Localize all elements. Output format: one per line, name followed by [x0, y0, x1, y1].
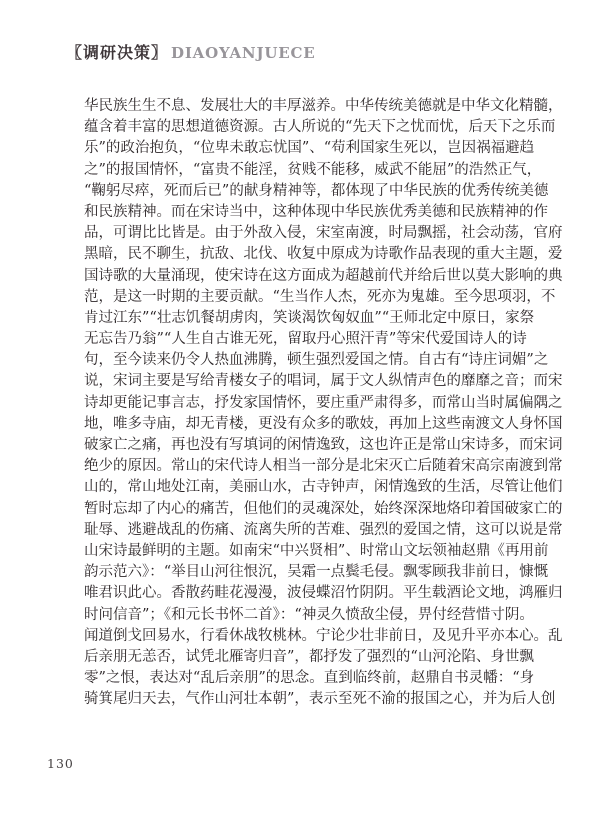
text-line: 之”的报国情怀，“富贵不能淫，贫贱不能移，威武不能屈”的浩然正气，	[84, 160, 520, 181]
text-line: 暂时忘却了内心的痛苦，但他们的灵魂深处，始终深深地烙印着国破家亡的	[84, 499, 520, 520]
text-line: 唯君识此心。香散药畦花漫漫，波侵蝶沼竹阴阴。平生载酒论文地，鸿雁归	[84, 583, 520, 604]
section-title-chinese: 〖调研决策〗	[66, 43, 168, 62]
text-line: 肯过江东”“壮志饥餐胡虏肉，笑谈渴饮匈奴血”“王师北定中原日，家祭	[84, 308, 520, 329]
text-line: 破家亡之痛，再也没有写填词的闲情逸致，这也许正是常山宋诗多，而宋词	[84, 435, 520, 456]
text-line: 山的，常山地处江南，美丽山水，古寺钟声，闲情逸致的生活，尽管让他们	[84, 477, 520, 498]
text-line: “鞠躬尽瘁，死而后已”的献身精神等，都体现了中华民族的优秀传统美德	[84, 181, 520, 202]
text-line: 后亲朋无恙否，试凭北雁寄归音”，都抒发了强烈的“山河沦陷、身世飘	[84, 647, 520, 668]
text-line: 黑暗，民不聊生，抗敌、北伐、收复中原成为诗歌作品表现的重大主题，爱	[84, 244, 520, 265]
text-line: 范，是这一时期的主要贡献。“生当作人杰，死亦为鬼雄。至今思项羽，不	[84, 287, 520, 308]
document-page: 〖调研决策〗DIAOYANJUECE 华民族生生不息、发展壮大的丰厚滋养。中华传…	[0, 0, 600, 814]
text-line: 闻道倒戈回易水，行看休战牧桃林。宁论少壮非前日，及见升平亦本心。乱	[84, 626, 520, 647]
text-line: 韵示范六》：“举目山河往恨沉，吴霜一点鬓毛侵。飘零顾我非前日，慷慨	[84, 562, 520, 583]
text-line: 说，宋词主要是写给青楼女子的唱词，属于文人纵情声色的靡靡之音；而宋	[84, 371, 520, 392]
page-number: 130	[47, 756, 74, 771]
article-text-block: 华民族生生不息、发展壮大的丰厚滋养。中华传统美德就是中华文化精髓，蕴含着丰富的思…	[84, 96, 520, 710]
text-line: 和民族精神。而在宋诗当中，这种体现中华民族优秀美德和民族精神的作	[84, 202, 520, 223]
running-head: 〖调研决策〗DIAOYANJUECE	[66, 40, 315, 63]
text-line: 零”之恨，表达对“乱后亲朋”的思念。直到临终前，赵鼎自书灵幡：“身	[84, 668, 520, 689]
text-line: 绝少的原因。常山的宋代诗人相当一部分是北宋灭亡后随着宋高宗南渡到常	[84, 456, 520, 477]
text-line: 国诗歌的大量涌现，使宋诗在这方面成为超越前代并给后世以莫大影响的典	[84, 266, 520, 287]
text-line: 地，唯多寺庙，却无青楼，更没有众多的歌妓，再加上这些南渡文人身怀国	[84, 414, 520, 435]
text-line: 时问信音”；《和元长书怀二首》：“神灵久愤敌尘侵，畀付经营惜寸阴。	[84, 605, 520, 626]
text-line: 诗却更能记事言志，抒发家国情怀，要庄重严肃得多，而常山当时属偏隅之	[84, 393, 520, 414]
section-title-pinyin: DIAOYANJUECE	[171, 44, 315, 62]
text-line: 华民族生生不息、发展壮大的丰厚滋养。中华传统美德就是中华文化精髓，	[84, 96, 520, 117]
text-line: 蕴含着丰富的思想道德资源。古人所说的“先天下之忧而忧，后天下之乐而	[84, 117, 520, 138]
text-line: 耻辱、逃避战乱的伤痛、流离失所的苦难、强烈的爱国之情，这可以说是常	[84, 520, 520, 541]
text-line: 山宋诗最鲜明的主题。如南宋“中兴贤相”、时常山文坛领袖赵鼎《再用前	[84, 541, 520, 562]
text-line: 骑箕尾归天去，气作山河壮本朝”，表示至死不渝的报国之心，并为后人创	[84, 689, 520, 710]
text-line: 无忘告乃翁”“人生自古谁无死，留取丹心照汗青”等宋代爱国诗人的诗	[84, 329, 520, 350]
text-line: 句，至今读来仍令人热血沸腾，顿生强烈爱国之情。自古有“诗庄词媚”之	[84, 350, 520, 371]
text-line: 乐”的政治抱负，“位卑未敢忘忧国”、“苟利国家生死以，岂因祸福避趋	[84, 138, 520, 159]
text-line: 品，可谓比比皆是。由于外敌入侵，宋室南渡，时局飘摇，社会动荡，官府	[84, 223, 520, 244]
